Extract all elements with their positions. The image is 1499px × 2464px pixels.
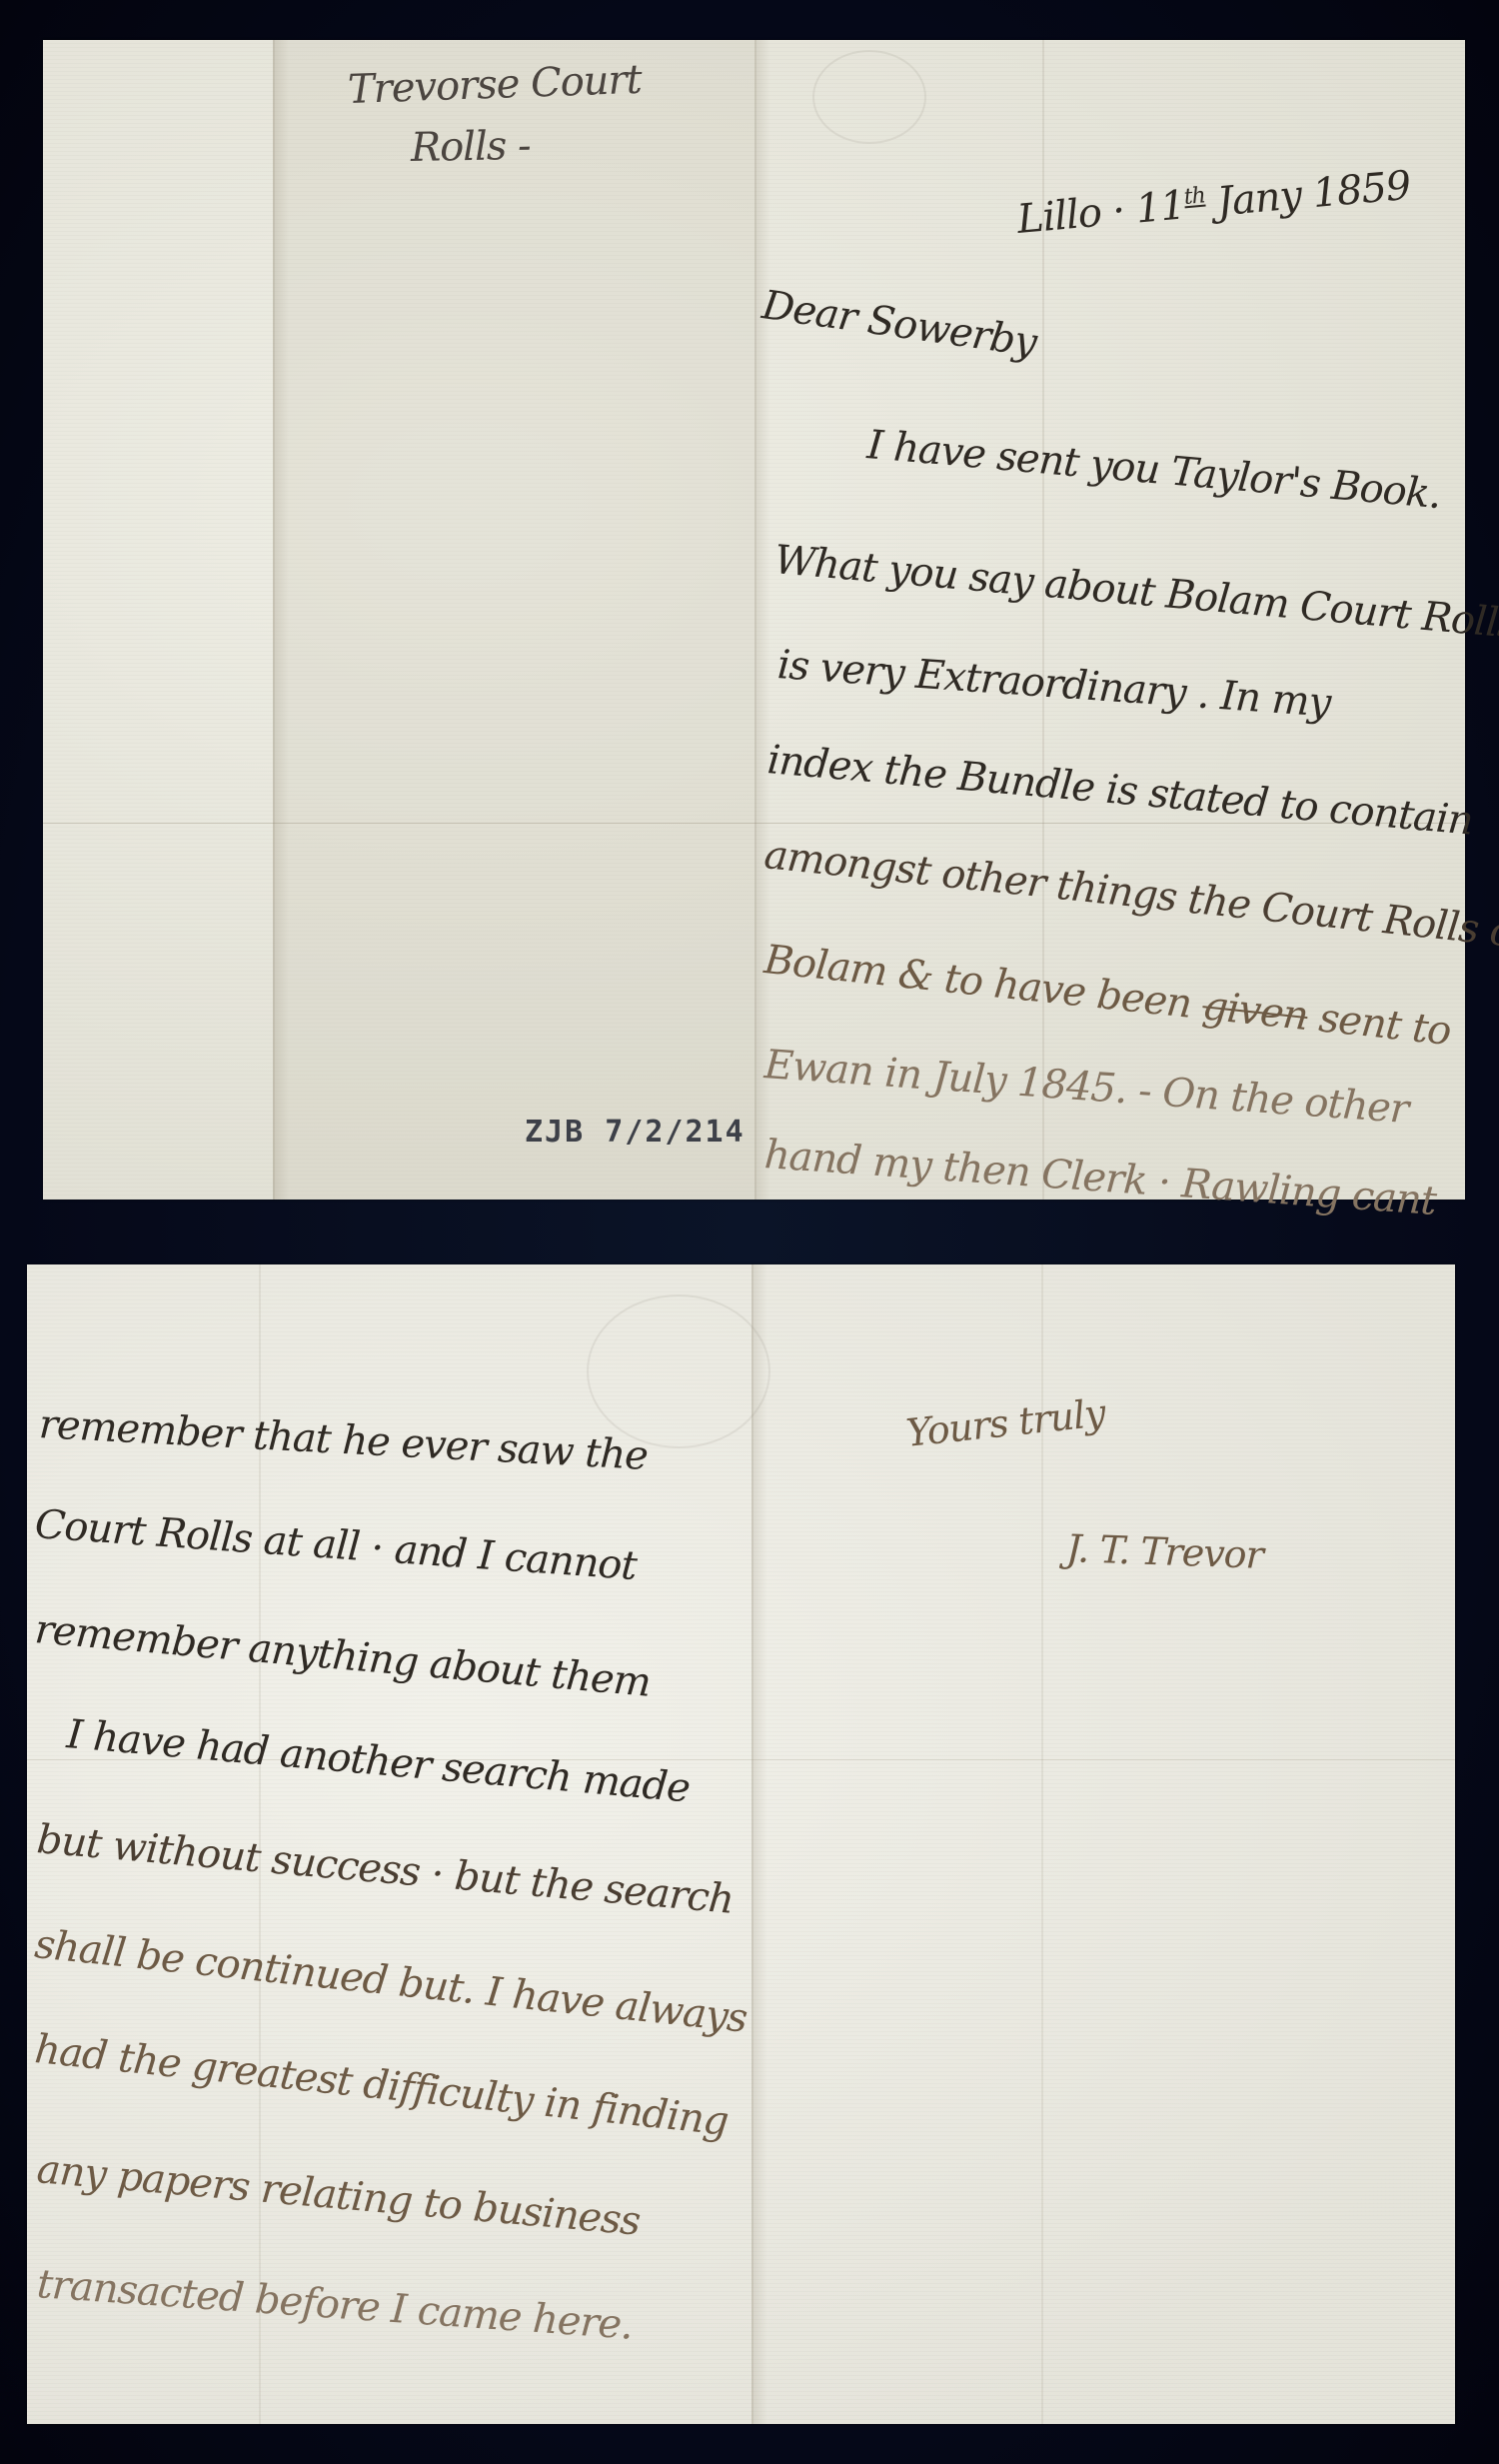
letter-line: hand my then Clerk · Rawling cant — [763, 1135, 1438, 1222]
date-month-year: Jany 1859 — [1215, 163, 1412, 226]
letter-line-text: Bolam & to have been — [762, 937, 1194, 1028]
signature: J. T. Trevor — [1065, 1529, 1263, 1574]
letter-line: What you say about Bolam Court Rolls — [772, 540, 1499, 645]
date-day-suffix: th — [1183, 183, 1206, 210]
letter-line: Bolam & to have been given sent to — [762, 940, 1452, 1052]
closing: Yours truly — [904, 1393, 1106, 1452]
letter-line: remember anything about them — [33, 1609, 652, 1703]
letter-line: I have sent you Taylor's Book. — [865, 425, 1442, 515]
embossed-crest-watermark — [812, 50, 926, 144]
letter-line: remember that he ever saw the — [38, 1404, 649, 1476]
archive-reference-stamp: ZJB 7/2/214 — [525, 1115, 746, 1150]
date-place: Lillo · — [1015, 188, 1126, 243]
letter-line: shall be continued but. I have always — [33, 1924, 749, 2039]
fold-shadow — [753, 1264, 767, 2424]
struck-out-word: given — [1200, 983, 1310, 1040]
letter-page-top: Trevorse Court Rolls - Lillo · 11th Jany… — [43, 40, 1465, 1200]
date-day: 11 — [1134, 182, 1187, 232]
letter-line: Court Rolls at all · and I cannot — [34, 1504, 638, 1586]
letter-line-end: sent to — [1317, 995, 1453, 1055]
letter-line: amongst other things the Court Rolls of — [762, 835, 1499, 955]
letter-page-bottom: remember that he ever saw the Court Roll… — [27, 1264, 1455, 2424]
fold-shadow — [275, 40, 289, 1200]
docket-line-2: Rolls - — [411, 126, 531, 168]
letter-line: Ewan in July 1845. - On the other — [763, 1045, 1410, 1130]
salutation: Dear Sowerby — [759, 285, 1038, 363]
fold-shadow — [756, 40, 770, 1200]
letter-line: index the Bundle is stated to contain — [765, 740, 1474, 842]
letter-line: had the greatest difficulty in finding — [33, 2029, 730, 2142]
embossed-crest-watermark — [587, 1294, 770, 1448]
letter-line: but without success · but the search — [35, 1819, 735, 1920]
letter-line: is very Extraordinary . In my — [776, 645, 1332, 724]
letter-line: any papers relating to business — [35, 2149, 642, 2242]
letter-line: transacted before I came here. — [36, 2264, 635, 2346]
docket-line-1: Trevorse Court — [347, 60, 642, 110]
letter-date: Lillo · 11th Jany 1859 — [1015, 166, 1412, 240]
letter-line: I have had another search made — [65, 1714, 691, 1808]
folded-panel-shading — [273, 40, 754, 1200]
